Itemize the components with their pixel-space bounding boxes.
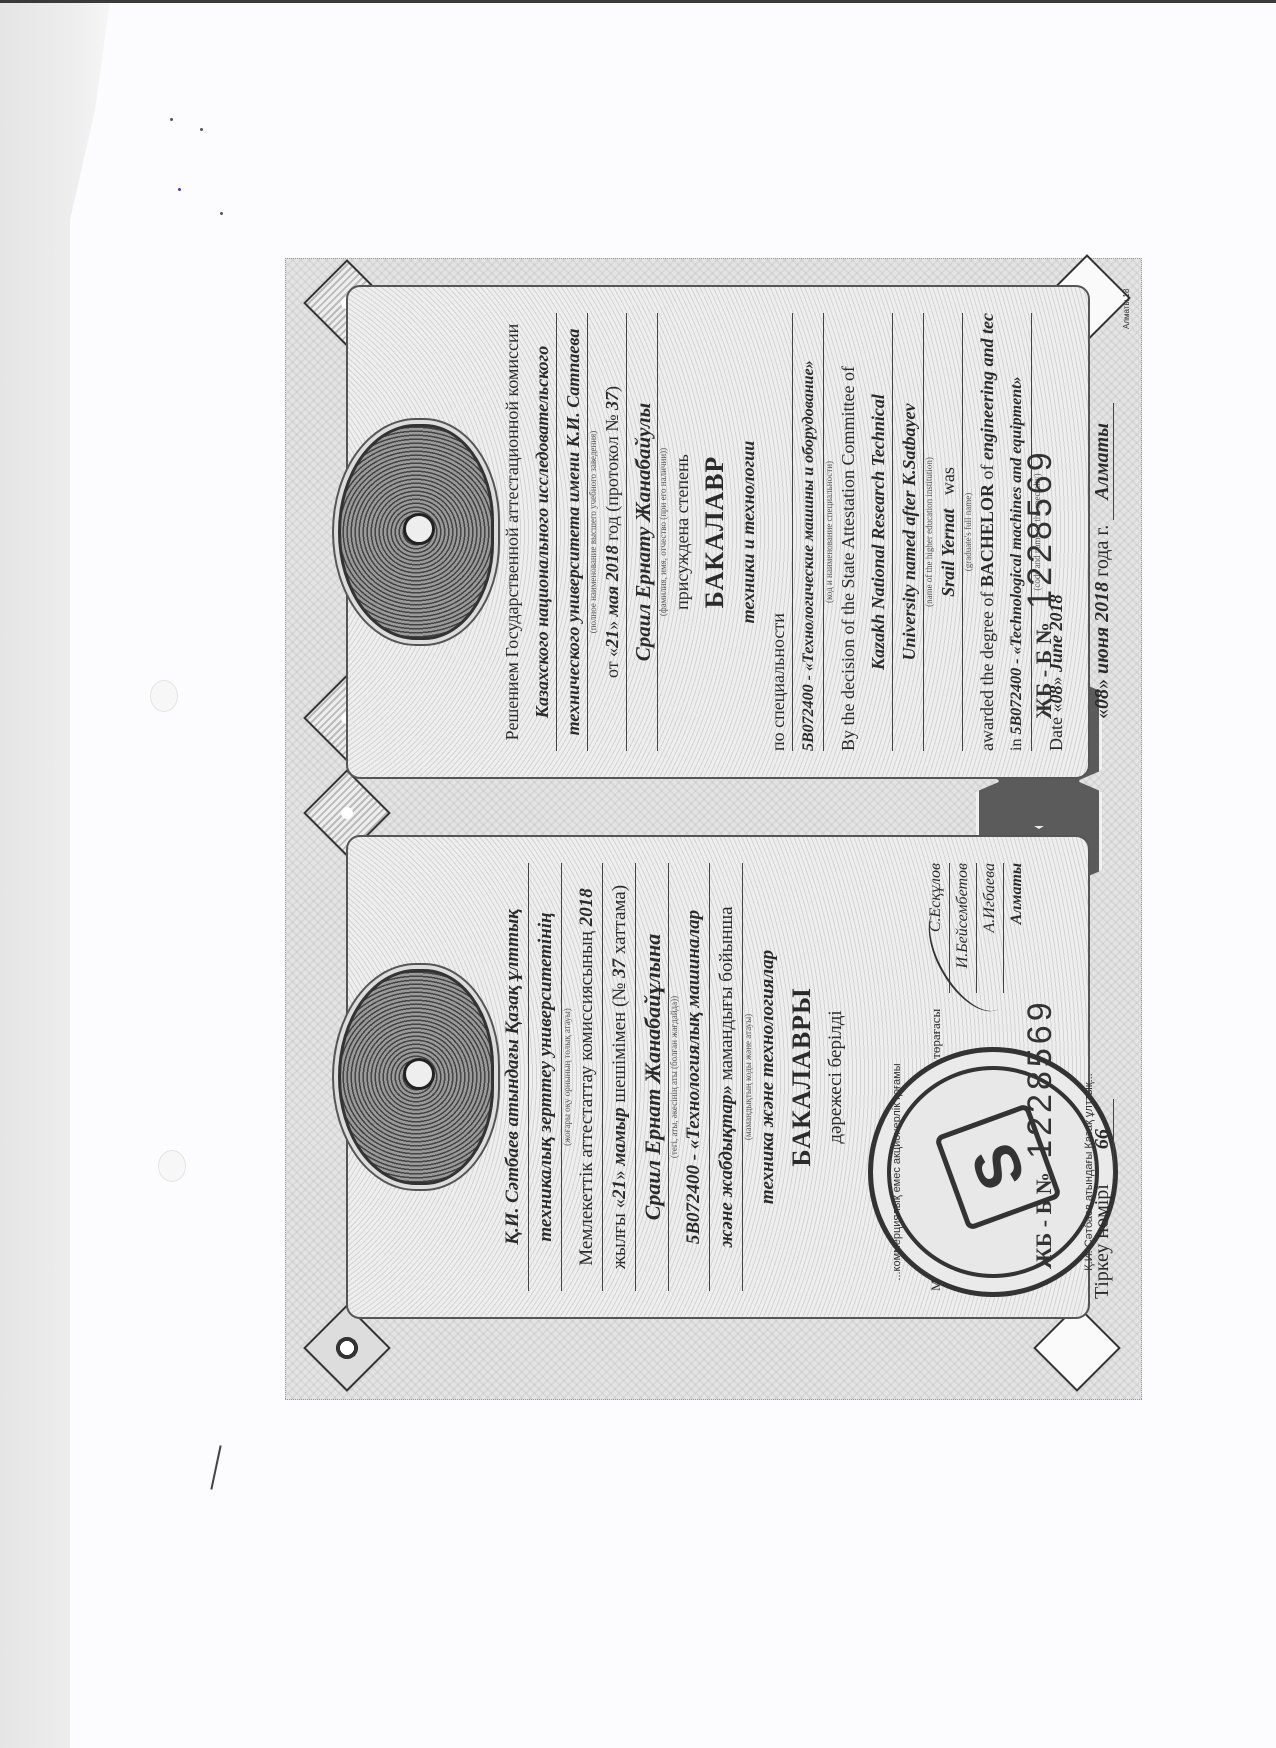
ink-speck — [178, 188, 181, 191]
kz-graduate-name: Сраил Ернат Жанабайұлына — [638, 863, 669, 1291]
en-name-caption: (graduate's full name) — [963, 313, 973, 751]
kz-specialty-caption: (мамандықтың коды және атауы) — [743, 863, 753, 1291]
ru-decision-line2: Казахского национального исследовательск… — [528, 313, 557, 751]
kz-university-caption: (жоғары оқу орнының толық атауы) — [562, 863, 572, 1291]
punch-hole-shadow — [158, 1150, 186, 1182]
dust-speck — [170, 118, 173, 121]
kz-specialty-line2: және жабдықтар» мамандығы бойынша — [712, 863, 743, 1291]
scan-edge — [0, 0, 1276, 3]
ru-serial-number: ЖБ - Б № 1228569 — [1021, 448, 1060, 719]
en-awarded-line: awarded the degree of BACHELOR of engine… — [973, 313, 1001, 751]
kz-university-line2: техникалық зерттеу университетінің — [531, 863, 562, 1291]
en-university-line1: Kazakh National Research Technical — [864, 313, 893, 751]
emblem-icon — [338, 969, 494, 1185]
kz-university-line1: Қ.И. Сәтбаев атындағы Қазақ ұлттық — [498, 863, 529, 1291]
dust-speck — [200, 128, 203, 131]
kz-registration: Тіркеу нөмірі 66 — [1091, 1099, 1114, 1299]
printer-mark: Алматы 18 — [1122, 289, 1131, 329]
ru-name-caption: (фамилия, имя, отчество (при его наличии… — [658, 313, 668, 751]
kz-serial-number: ЖБ - Б № 1228569 — [1021, 998, 1060, 1269]
kz-decision-line: жылғы «21» мамыр шешімімен (№ 37 хаттама… — [605, 863, 636, 1291]
ru-date-line: от «21» мая 2018 год (протокол № 37) — [598, 313, 627, 751]
en-graduate-line: Srail Yernat was — [934, 313, 963, 751]
ru-issue-date: «08» июня 2018 года г. Алматы — [1091, 403, 1114, 719]
ru-degree: БАКАЛАВР — [698, 313, 732, 751]
ru-specialty: 5В072400 - «Технологические машины и обо… — [795, 313, 824, 751]
university-seal: ...коммерциялық емес акционерлік қоғамы … — [868, 1047, 1118, 1297]
punch-hole-shadow — [150, 680, 178, 712]
ru-awarded-label: присуждена степень — [668, 313, 696, 751]
ru-field: техники и технологии — [734, 313, 762, 751]
russian-english-page: Решением Государственной аттестационной … — [346, 285, 1090, 779]
kz-name-caption: (тегі, аты, әкесінің аты (болған жағдайд… — [669, 863, 679, 1291]
ru-specialty-caption: (код и наименование специальности) — [824, 313, 834, 751]
kz-field: техника және технологиялар — [753, 863, 783, 1291]
ru-decision-line1: Решением Государственной аттестационной … — [498, 313, 526, 751]
en-university-caption: (name of the higher education institutio… — [924, 313, 934, 751]
kz-specialty-line1: 5В072400 - «Технологиялық машиналар — [679, 863, 710, 1291]
ru-university-caption: (полное наименование высшего учебного за… — [588, 313, 598, 751]
en-decision-line1: By the decision of the State Attestation… — [834, 313, 862, 751]
kz-degree: БАКАЛАВРЫ — [785, 863, 819, 1291]
kz-commission-line: Мемлекеттік аттестаттау комиссиясының 20… — [572, 863, 603, 1291]
kazakh-page: Қ.И. Сәтбаев атындағы Қазақ ұлттық техни… — [346, 835, 1090, 1319]
emblem-icon — [338, 424, 494, 640]
ru-specialty-label: по специальности — [764, 313, 793, 751]
en-university-line2: University named after K.Satbayev — [895, 313, 924, 751]
kz-degree-suffix: дәрежесі берілді — [821, 863, 851, 1291]
dust-speck — [220, 212, 223, 215]
diploma-spread: Қ.И. Сәтбаев атындағы Қазақ ұлттық техни… — [285, 258, 1142, 1400]
ru-graduate-name: Сраил Ернату Жанабайулы — [629, 313, 658, 751]
ru-decision-line3: технического университета имени К.И. Сат… — [559, 313, 588, 751]
